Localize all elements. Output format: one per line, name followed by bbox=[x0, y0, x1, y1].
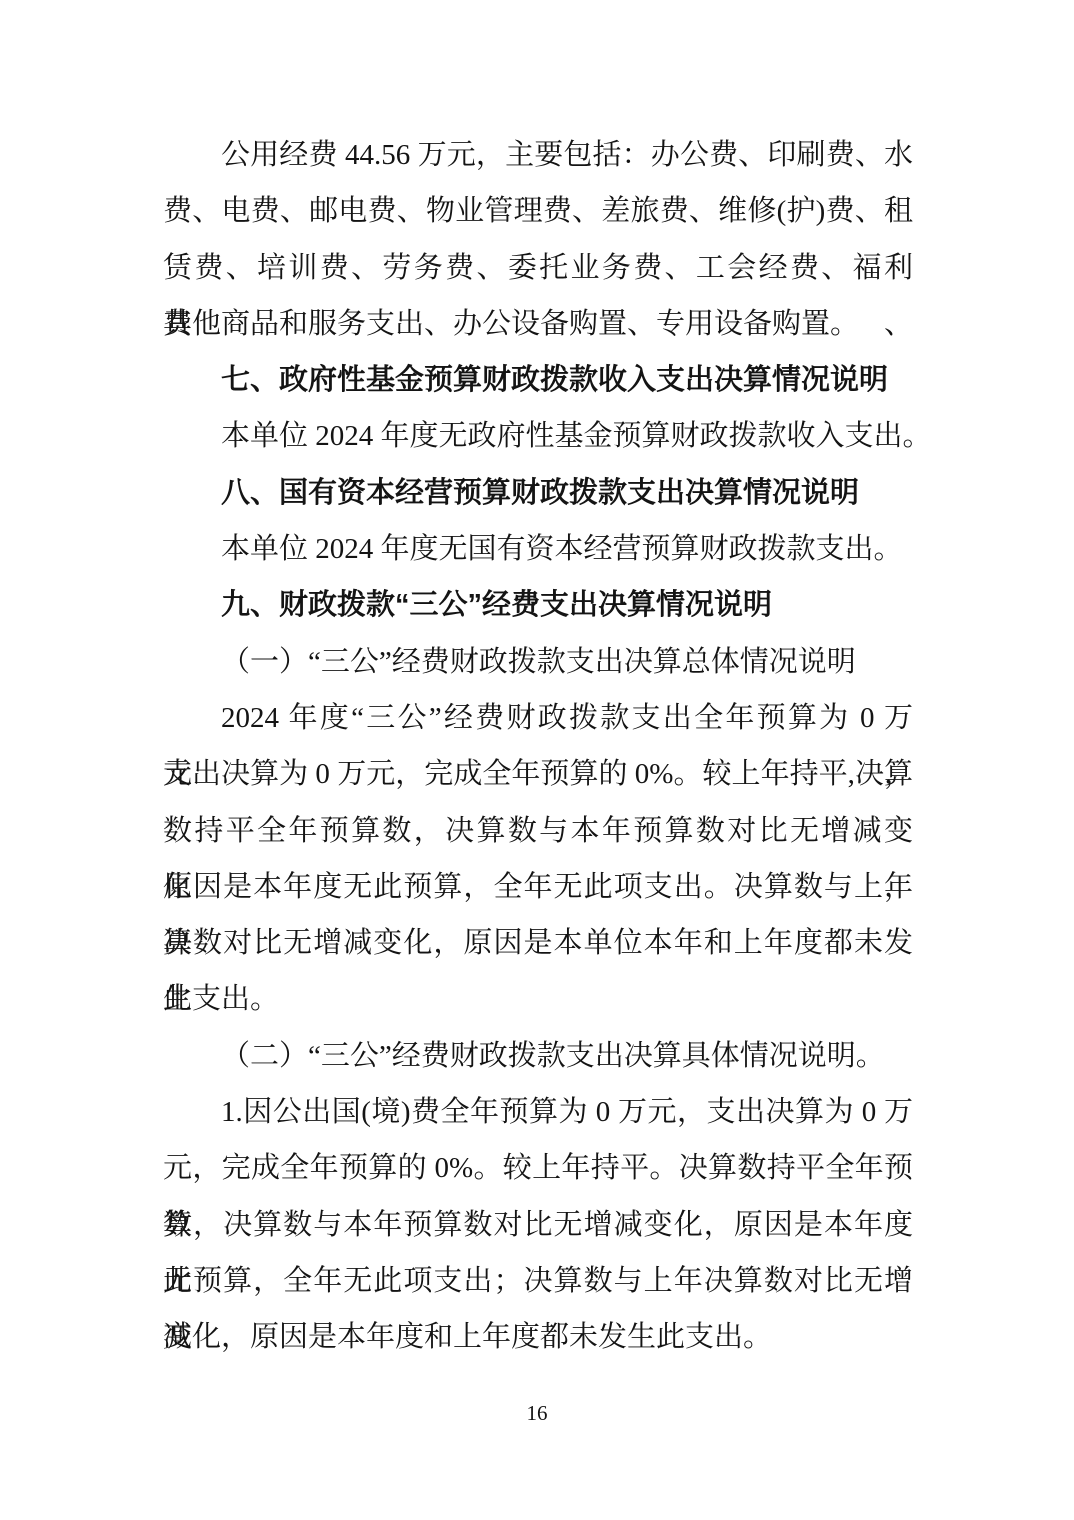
para-overall-line-2: 支出决算为 0 万元，完成全年预算的 0%。较上年持平,决算 bbox=[163, 746, 913, 802]
page-number: 16 bbox=[0, 1398, 1074, 1428]
para-abroad-line-1: 1.因公出国(境)费全年预算为 0 万元，支出决算为 0 万 bbox=[163, 1084, 913, 1140]
section-heading-7: 七、政府性基金预算财政拨款收入支出决算情况说明 bbox=[163, 352, 913, 408]
para-public-funds-line-3: 赁费、培训费、劳务费、委托业务费、工会经费、福利费、 bbox=[163, 240, 913, 296]
para-overall-line-3: 数持平全年预算数，决算数与本年预算数对比无增减变化， bbox=[163, 803, 913, 859]
para-state-capital-budget: 本单位 2024 年度无国有资本经营预算财政拨款支出。 bbox=[163, 521, 913, 577]
para-public-funds-line-2: 费、电费、邮电费、物业管理费、差旅费、维修(护)费、租 bbox=[163, 183, 913, 239]
document-page: 公用经费 44.56 万元，主要包括：办公费、印刷费、水 费、电费、邮电费、物业… bbox=[0, 0, 1074, 1520]
para-abroad-line-4: 此预算，全年无此项支出；决算数与上年决算数对比无增减 bbox=[163, 1253, 913, 1309]
para-overall-line-6: 此支出。 bbox=[163, 971, 913, 1027]
para-abroad-line-5: 变化，原因是本年度和上年度都未发生此支出。 bbox=[163, 1309, 913, 1365]
subsection-heading-1: （一）“三公”经费财政拨款支出决算总体情况说明 bbox=[163, 634, 913, 690]
para-overall-line-1: 2024 年度“三公”经费财政拨款支出全年预算为 0 万元， bbox=[163, 690, 913, 746]
para-public-funds-line-4: 其他商品和服务支出、办公设备购置、专用设备购置。 bbox=[163, 296, 913, 352]
para-public-funds-line-1: 公用经费 44.56 万元，主要包括：办公费、印刷费、水 bbox=[163, 127, 913, 183]
section-heading-8: 八、国有资本经营预算财政拨款支出决算情况说明 bbox=[163, 465, 913, 521]
subsection-heading-2: （二）“三公”经费财政拨款支出决算具体情况说明。 bbox=[163, 1028, 913, 1084]
para-abroad-line-2: 元，完成全年预算的 0%。较上年持平。决算数持平全年预算 bbox=[163, 1140, 913, 1196]
para-overall-line-4: 原因是本年度无此预算，全年无此项支出。决算数与上年决 bbox=[163, 859, 913, 915]
para-overall-line-5: 算数对比无增减变化，原因是本单位本年和上年度都未发生 bbox=[163, 915, 913, 971]
para-gov-fund-budget: 本单位 2024 年度无政府性基金预算财政拨款收入支出。 bbox=[163, 408, 913, 464]
para-abroad-line-3: 数，决算数与本年预算数对比无增减变化，原因是本年度无 bbox=[163, 1197, 913, 1253]
section-heading-9: 九、财政拨款“三公”经费支出决算情况说明 bbox=[163, 577, 913, 633]
document-body: 公用经费 44.56 万元，主要包括：办公费、印刷费、水 费、电费、邮电费、物业… bbox=[163, 127, 913, 1366]
